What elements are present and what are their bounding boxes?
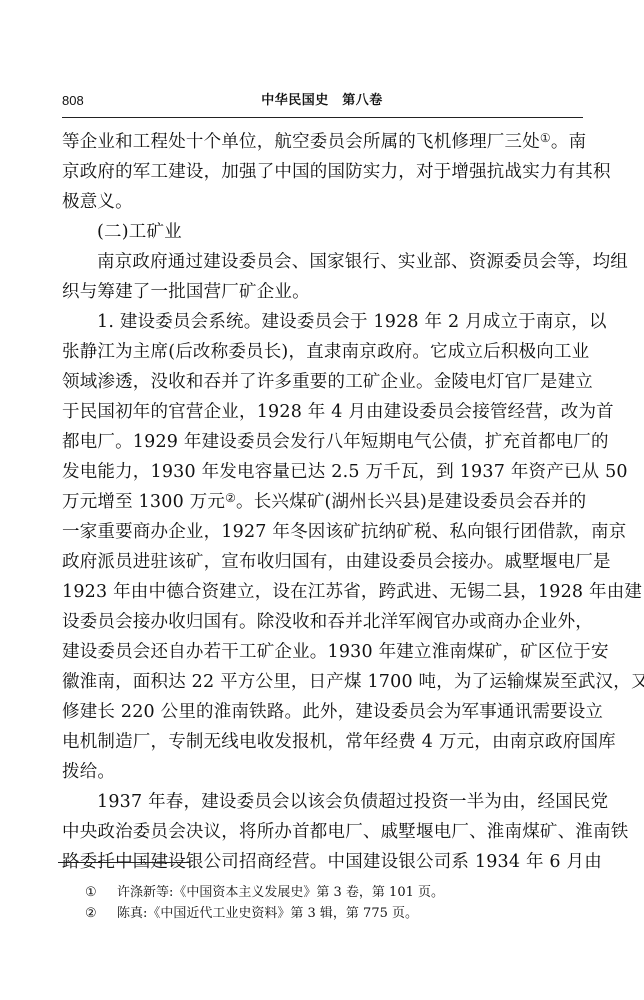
footnote-rule	[58, 862, 190, 863]
text-line: 1937 年春，建设委员会以该会负债超过投资一半为由，经国民党	[62, 787, 583, 817]
text-line: 电机制造厂，专制无线电收发报机，常年经费 4 万元，由南京政府国库	[62, 727, 583, 757]
text-line: 徽淮南，面积达 22 平方公里，日产煤 1700 吨，为了运输煤炭至武汉，又	[62, 667, 583, 697]
text-line: 京政府的军工建设，加强了中国的国防实力，对于增强抗战实力有其积	[62, 157, 583, 187]
text-line: 张静江为主席(后改称委员长)，直隶南京政府。它成立后积极向工业	[62, 337, 583, 367]
footnote-1: ①许涤新等:《中国资本主义发展史》第 3 卷，第 101 页。	[85, 882, 565, 903]
footnote-marker: ②	[85, 903, 117, 924]
text-line: 南京政府通过建设委员会、国家银行、实业部、资源委员会等，均组	[62, 247, 583, 277]
footnotes: ①许涤新等:《中国资本主义发展史》第 3 卷，第 101 页。 ②陈真:《中国近…	[85, 882, 565, 924]
footnote-text: 陈真:《中国近代工业史资料》第 3 辑，第 775 页。	[117, 906, 418, 921]
body-text: 等企业和工程处十个单位，航空委员会所属的飞机修理厂三处①。南 京政府的军工建设，…	[62, 127, 583, 877]
footnote-ref-2[interactable]: ②	[225, 491, 236, 505]
text-line: 等企业和工程处十个单位，航空委员会所属的飞机修理厂三处①。南	[62, 127, 583, 157]
book-page: 808 中华民国史 第八卷 等企业和工程处十个单位，航空委员会所属的飞机修理厂三…	[0, 0, 644, 1000]
text-line: 领域渗透，没收和吞并了许多重要的工矿企业。金陵电灯官厂是建立	[62, 367, 583, 397]
footnote-ref-1[interactable]: ①	[540, 131, 551, 145]
header-rule	[62, 117, 583, 118]
text-line: 极意义。	[62, 187, 583, 217]
text-line: 发电能力，1930 年发电容量已达 2.5 万千瓦，到 1937 年资产已从 5…	[62, 457, 583, 487]
text-line: 政府派员进驻该矿，宣布收归国有，由建设委员会接办。戚墅堰电厂是	[62, 547, 583, 577]
text-line: 都电厂。1929 年建设委员会发行八年短期电气公债，扩充首都电厂的	[62, 427, 583, 457]
footnote-text: 许涤新等:《中国资本主义发展史》第 3 卷，第 101 页。	[117, 885, 444, 900]
text-line: 中央政治委员会决议，将所办首都电厂、戚墅堰电厂、淮南煤矿、淮南铁	[62, 817, 583, 847]
running-head: 808 中华民国史 第八卷	[62, 92, 582, 112]
text-line: 万元增至 1300 万元②。长兴煤矿(湖州长兴县)是建设委员会吞并的	[62, 487, 583, 517]
text-line: 一家重要商办企业，1927 年冬因该矿抗纳矿税、私向银行团借款，南京	[62, 517, 583, 547]
text-line: 1923 年由中德合资建立，设在江苏省，跨武进、无锡二县，1928 年由建	[62, 577, 583, 607]
text-line: 建设委员会还自办若干工矿企业。1930 年建立淮南煤矿，矿区位于安	[62, 637, 583, 667]
footnote-marker: ①	[85, 882, 117, 903]
footnote-2: ②陈真:《中国近代工业史资料》第 3 辑，第 775 页。	[85, 903, 565, 924]
text-line: 于民国初年的官营企业，1928 年 4 月由建设委员会接管经营，改为首	[62, 397, 583, 427]
text-line: 设委员会接办收归国有。除没收和吞并北洋军阀官办或商办企业外，	[62, 607, 583, 637]
text-line: 1. 建设委员会系统。建设委员会于 1928 年 2 月成立于南京，以	[62, 307, 583, 337]
text-line: 拨给。	[62, 757, 583, 787]
text-line: 修建长 220 公里的淮南铁路。此外，建设委员会为军事通讯需要设立	[62, 697, 583, 727]
book-title: 中华民国史 第八卷	[62, 92, 582, 110]
text-line: 织与筹建了一批国营厂矿企业。	[62, 277, 583, 307]
section-heading: (二)工矿业	[62, 217, 583, 247]
